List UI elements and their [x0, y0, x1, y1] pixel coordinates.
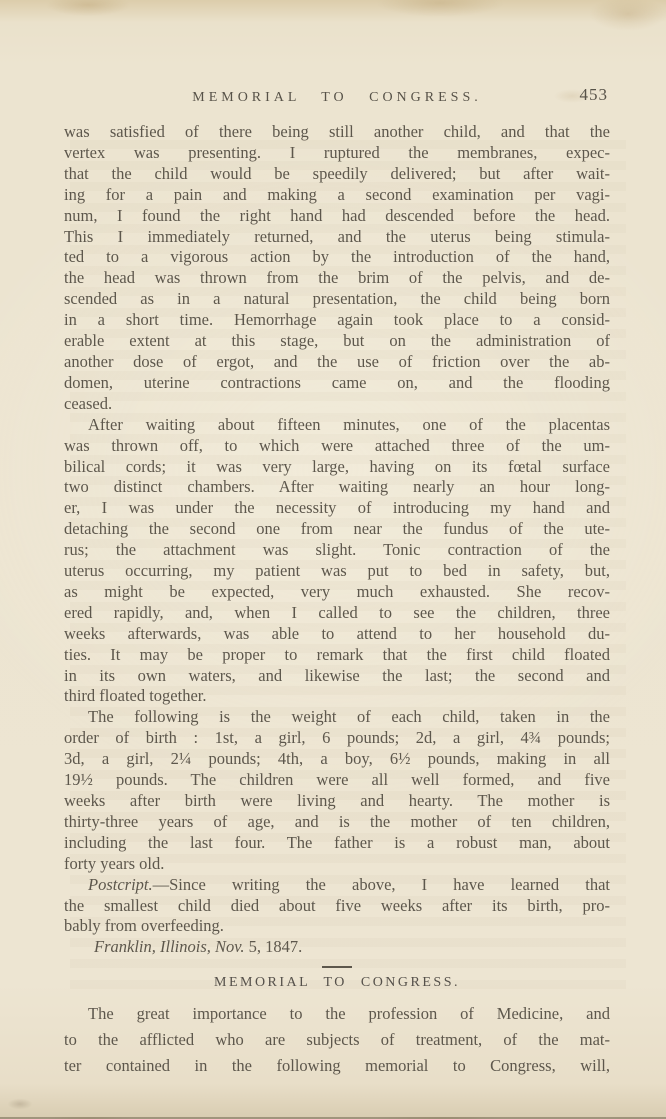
text-line: 3d, a girl, 2¼ pounds; 4th, a boy, 6½ po…: [64, 749, 610, 770]
text-line: ceased.: [64, 394, 610, 415]
text-line: detaching the second one from near the f…: [64, 519, 610, 540]
italic-text: Postcript.: [88, 875, 153, 894]
text-line: 19½ pounds. The children were all well f…: [64, 770, 610, 791]
text-line: another dose of ergot, and the use of fr…: [64, 352, 610, 373]
text-line: ted to a vigorous action by the introduc…: [64, 247, 610, 268]
text-line: in a short time. Hemorrhage again took p…: [64, 310, 610, 331]
text-line: ties. It may be proper to remark that th…: [64, 645, 610, 666]
section-heading: MEMORIAL TO CONGRESS.: [64, 973, 610, 994]
text-line: er, I was under the necessity of introdu…: [64, 498, 610, 519]
text-line: third floated together.: [64, 686, 610, 707]
text-line: order of birth : 1st, a girl, 6 pounds; …: [64, 728, 610, 749]
text-line: weeks afterwards, was able to attend to …: [64, 624, 610, 645]
text-line: weeks after birth were living and hearty…: [64, 791, 610, 812]
text-line: including the last four. The father is a…: [64, 833, 610, 854]
text-line: Postcript.—Since writing the above, I ha…: [64, 875, 610, 896]
body-text: was satisfied of there being still anoth…: [64, 122, 610, 1079]
text-line: thirty-three years of age, and is the mo…: [64, 812, 610, 833]
page-number: 453: [580, 85, 609, 105]
text-segment: 5, 1847.: [244, 937, 302, 956]
text-line: was satisfied of there being still anoth…: [64, 122, 610, 143]
text-line: ter contained in the following memorial …: [64, 1053, 610, 1079]
text-line: in its own waters, and likewise the last…: [64, 666, 610, 687]
section-paragraph: The great importance to the profession o…: [64, 1001, 610, 1079]
section-divider-rule: [322, 966, 352, 968]
dateline: Franklin, Illinois, Nov. 5, 1847.: [64, 937, 610, 958]
text-line: rus; the attachment was slight. Tonic co…: [64, 540, 610, 561]
page-header: MEMORIAL TO CONGRESS. 453: [64, 88, 610, 106]
text-line: After waiting about fifteen minutes, one…: [64, 415, 610, 436]
text-line: to the afflicted who are subjects of tre…: [64, 1027, 610, 1053]
text-line: bilical cords; it was very large, having…: [64, 457, 610, 478]
text-line: the smallest child died about five weeks…: [64, 896, 610, 917]
running-title: MEMORIAL TO CONGRESS.: [192, 90, 482, 105]
text-line: vertex was presenting. I ruptured the me…: [64, 143, 610, 164]
text-line: The great importance to the profession o…: [64, 1001, 610, 1027]
text-line: uterus occurring, my patient was put to …: [64, 561, 610, 582]
text-line: num, I found the right hand had descende…: [64, 206, 610, 227]
text-line: This I immediately returned, and the ute…: [64, 227, 610, 248]
text-line: the head was thrown from the brim of the…: [64, 268, 610, 289]
text-line: erable extent at this stage, but on the …: [64, 331, 610, 352]
text-line: was thrown off, to which were attached t…: [64, 436, 610, 457]
book-page: MEMORIAL TO CONGRESS. 453 was satisfied …: [0, 0, 666, 1119]
text-line: bably from overfeeding.: [64, 916, 610, 937]
text-line: ered rapidly, and, when I called to see …: [64, 603, 610, 624]
text-line: forty years old.: [64, 854, 610, 875]
text-line: two distinct chambers. After waiting nea…: [64, 477, 610, 498]
text-line: scended as in a natural presentation, th…: [64, 289, 610, 310]
text-line: ing for a pain and making a second exami…: [64, 185, 610, 206]
text-line: that the child would be speedily deliver…: [64, 164, 610, 185]
italic-text: Franklin, Illinois, Nov.: [94, 937, 244, 956]
article-paragraphs: was satisfied of there being still anoth…: [64, 122, 610, 937]
text-line: The following is the weight of each chil…: [64, 707, 610, 728]
text-segment: —Since writing the above, I have learned…: [153, 875, 610, 894]
text-line: domen, uterine contractions came on, and…: [64, 373, 610, 394]
text-line: as might be expected, very much exhauste…: [64, 582, 610, 603]
